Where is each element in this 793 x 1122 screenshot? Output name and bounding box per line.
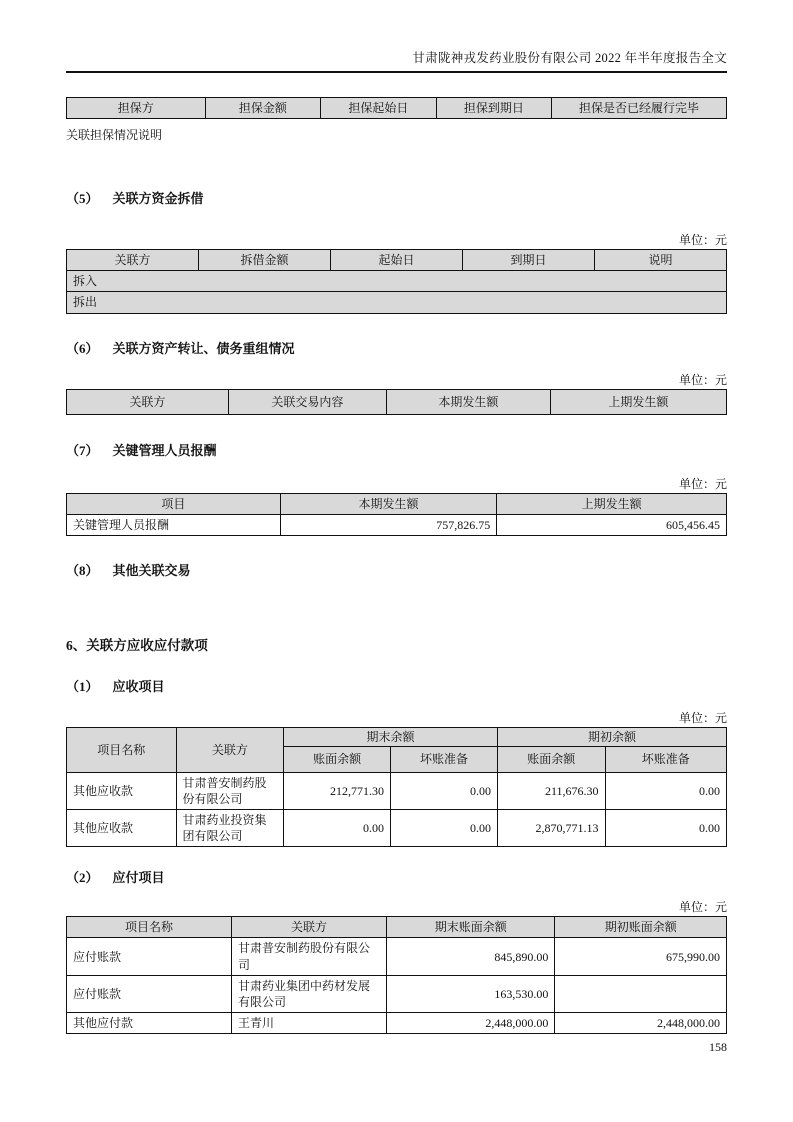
cell-prior-amount: 605,456.45	[497, 514, 727, 535]
guarantee-table: 担保方 担保金额 担保起始日 担保到期日 担保是否已经履行完毕	[66, 97, 727, 119]
col-group-beginning-balance: 期初余额	[497, 728, 726, 747]
payables-row-3: 其他应付款 王青川 2,448,000.00 2,448,000.00	[67, 1013, 727, 1034]
cell-current-amount: 757,826.75	[280, 514, 496, 535]
compensation-table: 项目 本期发生额 上期发生额 关键管理人员报酬 757,826.75 605,4…	[66, 493, 727, 536]
page-content: 甘肃陇神戎发药业股份有限公司 2022 年半年度报告全文 担保方 担保金额 担保…	[66, 0, 727, 1034]
cell-item: 其他应收款	[67, 809, 177, 846]
cell-related-party: 王青川	[232, 1013, 387, 1034]
col-header-beginning-bad-debt: 坏账准备	[605, 747, 726, 772]
col-header-ending-bad-debt: 坏账准备	[391, 747, 498, 772]
cell-related-party: 甘肃药业投资集团有限公司	[176, 809, 284, 846]
receivables-header-group-row: 项目名称 关联方 期末余额 期初余额	[67, 728, 727, 747]
compensation-header-row: 项目 本期发生额 上期发生额	[67, 493, 727, 514]
col-header-prior-amount: 上期发生额	[497, 493, 727, 514]
report-page: 甘肃陇神戎发药业股份有限公司 2022 年半年度报告全文 担保方 担保金额 担保…	[0, 0, 793, 1122]
cell-ending-balance: 163,530.00	[387, 975, 555, 1012]
col-header-lending-amount: 拆借金额	[199, 249, 331, 270]
section-heading-receivables: （1）应收项目	[66, 678, 727, 696]
section-number: （1）	[66, 678, 99, 696]
row-label-lend-out: 拆出	[67, 292, 727, 313]
col-header-item-name: 项目名称	[67, 728, 177, 772]
asset-transfer-table: 关联方 关联交易内容 本期发生额 上期发生额	[66, 389, 727, 415]
cell-beginning-book: 2,870,771.13	[497, 809, 605, 846]
payables-table: 项目名称 关联方 期末账面余额 期初账面余额 应付账款 甘肃普安制药股份有限公司…	[66, 916, 727, 1034]
section-number: （2）	[66, 869, 99, 887]
col-header-item: 项目	[67, 493, 281, 514]
col-header-transaction-content: 关联交易内容	[228, 389, 386, 414]
section-title: 关键管理人员报酬	[113, 443, 217, 458]
balances-heading: 6、关联方应收应付款项	[66, 637, 727, 656]
col-header-current-amount: 本期发生额	[387, 389, 551, 414]
page-number: 158	[709, 1040, 727, 1055]
col-header-remark: 说明	[595, 249, 727, 270]
guarantee-header-row: 担保方 担保金额 担保起始日 担保到期日 担保是否已经履行完毕	[67, 98, 727, 119]
col-header-guarantee-fulfilled: 担保是否已经履行完毕	[552, 98, 727, 119]
document-header-title: 甘肃陇神戎发药业股份有限公司 2022 年半年度报告全文	[66, 48, 727, 73]
col-header-ending-book-balance: 账面余额	[284, 747, 391, 772]
section-heading-7: （7）关键管理人员报酬	[66, 442, 727, 460]
section-title: 关联方资金拆借	[113, 191, 204, 206]
cell-ending-bad: 0.00	[391, 809, 498, 846]
col-header-guarantee-end-date: 担保到期日	[436, 98, 552, 119]
col-header-beginning-book-balance: 账面余额	[497, 747, 605, 772]
cell-related-party: 甘肃普安制药股份有限公司	[176, 772, 284, 809]
cell-ending-book: 0.00	[284, 809, 391, 846]
cell-item: 应付账款	[67, 975, 232, 1012]
cell-item: 其他应付款	[67, 1013, 232, 1034]
section-title: 应付项目	[113, 870, 165, 885]
payables-header-row: 项目名称 关联方 期末账面余额 期初账面余额	[67, 917, 727, 938]
lending-row-lent: 拆出	[67, 292, 727, 313]
lending-table: 关联方 拆借金额 起始日 到期日 说明 拆入 拆出	[66, 249, 727, 314]
col-group-ending-balance: 期末余额	[284, 728, 498, 747]
cell-beginning-bad: 0.00	[605, 809, 726, 846]
receivables-row-1: 其他应收款 甘肃普安制药股份有限公司 212,771.30 0.00 211,6…	[67, 772, 727, 809]
col-header-guarantee-start-date: 担保起始日	[321, 98, 437, 119]
section-title: 应收项目	[113, 679, 165, 694]
col-header-ending-book-balance: 期末账面余额	[387, 917, 555, 938]
asset-transfer-header-row: 关联方 关联交易内容 本期发生额 上期发生额	[67, 389, 727, 414]
unit-label: 单位：元	[66, 899, 727, 916]
section-title: 其他关联交易	[113, 563, 191, 578]
lending-row-borrowed: 拆入	[67, 271, 727, 292]
col-header-related-party: 关联方	[176, 728, 284, 772]
row-label-borrow-in: 拆入	[67, 271, 727, 292]
section-number: （7）	[66, 442, 99, 460]
receivables-row-2: 其他应收款 甘肃药业投资集团有限公司 0.00 0.00 2,870,771.1…	[67, 809, 727, 846]
payables-row-2: 应付账款 甘肃药业集团中药材发展有限公司 163,530.00	[67, 975, 727, 1012]
cell-item: 其他应收款	[67, 772, 177, 809]
col-header-start-date: 起始日	[331, 249, 463, 270]
guarantee-note: 关联担保情况说明	[66, 127, 727, 144]
section-number: （8）	[66, 562, 99, 580]
col-header-related-party: 关联方	[67, 389, 229, 414]
cell-beginning-balance: 675,990.00	[555, 938, 727, 975]
cell-ending-balance: 845,890.00	[387, 938, 555, 975]
section-heading-6: （6）关联方资产转让、债务重组情况	[66, 340, 727, 358]
section-heading-8: （8）其他关联交易	[66, 562, 727, 580]
cell-related-party: 甘肃药业集团中药材发展有限公司	[232, 975, 387, 1012]
col-header-current-amount: 本期发生额	[280, 493, 496, 514]
cell-beginning-balance: 2,448,000.00	[555, 1013, 727, 1034]
section-title: 关联方资产转让、债务重组情况	[113, 341, 295, 356]
receivables-table: 项目名称 关联方 期末余额 期初余额 账面余额 坏账准备 账面余额 坏账准备 其…	[66, 727, 727, 847]
unit-label: 单位：元	[66, 372, 727, 389]
col-header-due-date: 到期日	[463, 249, 595, 270]
section-number: （6）	[66, 340, 99, 358]
col-header-item-name: 项目名称	[67, 917, 232, 938]
section-heading-payables: （2）应付项目	[66, 869, 727, 887]
unit-label: 单位：元	[66, 232, 727, 249]
col-header-guarantor: 担保方	[67, 98, 206, 119]
cell-beginning-balance	[555, 975, 727, 1012]
cell-ending-book: 212,771.30	[284, 772, 391, 809]
cell-ending-bad: 0.00	[391, 772, 498, 809]
col-header-prior-amount: 上期发生额	[550, 389, 726, 414]
section-number: （5）	[66, 190, 99, 208]
col-header-related-party: 关联方	[67, 249, 199, 270]
lending-header-row: 关联方 拆借金额 起始日 到期日 说明	[67, 249, 727, 270]
cell-beginning-bad: 0.00	[605, 772, 726, 809]
compensation-data-row: 关键管理人员报酬 757,826.75 605,456.45	[67, 514, 727, 535]
col-header-related-party: 关联方	[232, 917, 387, 938]
col-header-guarantee-amount: 担保金额	[205, 98, 321, 119]
section-heading-5: （5）关联方资金拆借	[66, 190, 727, 208]
unit-label: 单位：元	[66, 476, 727, 493]
cell-related-party: 甘肃普安制药股份有限公司	[232, 938, 387, 975]
cell-beginning-book: 211,676.30	[497, 772, 605, 809]
cell-item: 关键管理人员报酬	[67, 514, 281, 535]
col-header-beginning-book-balance: 期初账面余额	[555, 917, 727, 938]
cell-ending-balance: 2,448,000.00	[387, 1013, 555, 1034]
payables-row-1: 应付账款 甘肃普安制药股份有限公司 845,890.00 675,990.00	[67, 938, 727, 975]
cell-item: 应付账款	[67, 938, 232, 975]
unit-label: 单位：元	[66, 710, 727, 727]
